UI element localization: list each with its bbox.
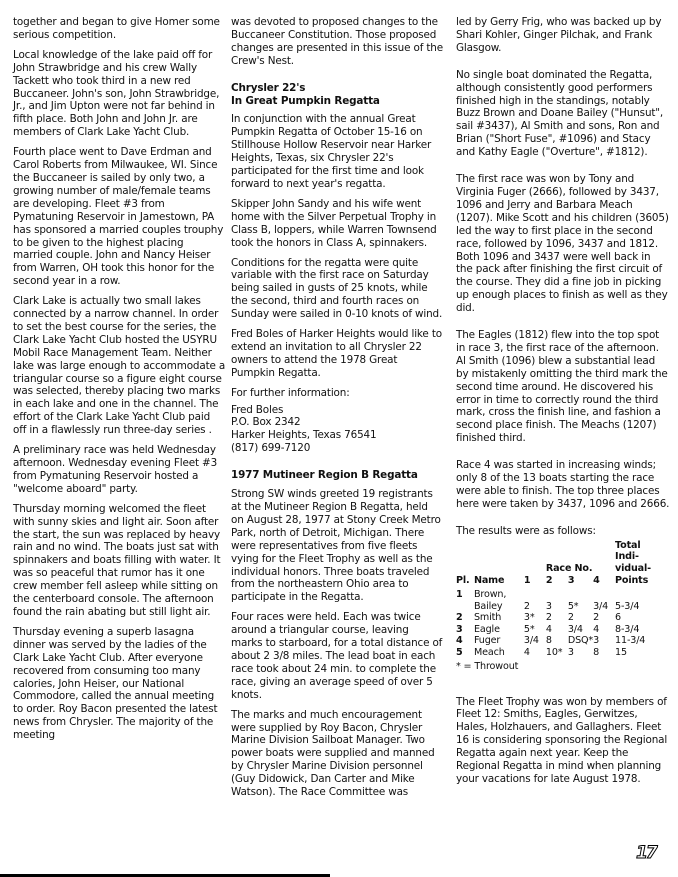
- header-race-2: 2: [546, 575, 568, 587]
- cell-points: 8-3/4: [615, 624, 670, 636]
- cell-race-3: 3/4: [568, 624, 593, 636]
- cell-name: Smith: [474, 612, 524, 624]
- paragraph: Clark Lake is actually two small lakes c…: [13, 295, 226, 437]
- paragraph: Race 4 was started in increasing winds; …: [456, 459, 670, 511]
- cell-points: 6: [615, 612, 670, 624]
- paragraph: Local knowledge of the lake paid off for…: [13, 49, 226, 139]
- contact-name: Fred Boles: [231, 404, 443, 417]
- paragraph: together and began to give Homer some se…: [13, 16, 226, 42]
- contact-address: Fred Boles P.O. Box 2342 Harker Heights,…: [231, 404, 443, 456]
- header-race-4: 4: [593, 575, 615, 587]
- paragraph: The Fleet Trophy was won by members of F…: [456, 696, 670, 786]
- cell-race-3: 5*: [568, 601, 593, 613]
- cell-race-2: 8: [546, 635, 568, 647]
- cell-race-4: 8: [593, 647, 615, 659]
- cell-place: 1: [456, 589, 474, 601]
- page-number: 17: [636, 843, 656, 863]
- paragraph: Strong SW winds greeted 19 registrants a…: [231, 488, 443, 604]
- table-row: 5 Meach 4 10* 3 8 15: [456, 647, 670, 659]
- cell-name: Eagle: [474, 624, 524, 636]
- table-row: Bailey 2 3 5* 3/4 5-3/4: [456, 601, 670, 613]
- article-heading: 1977 Mutineer Region B Regatta: [231, 469, 443, 482]
- cell-race-4: 2: [593, 612, 615, 624]
- cell-race-1: 5*: [524, 624, 546, 636]
- cell-race-1: 2: [524, 601, 546, 613]
- column-right: led by Gerry Frig, who was backed up by …: [456, 16, 670, 793]
- article-mutineer-regatta: 1977 Mutineer Region B Regatta Strong SW…: [231, 469, 443, 799]
- heading-line: In Great Pumpkin Regatta: [231, 95, 443, 108]
- header-race-number: Race No.: [546, 563, 593, 575]
- table-row: 3 Eagle 5* 4 3/4 4 8-3/4: [456, 624, 670, 636]
- cell-race-3: 3: [568, 647, 593, 659]
- paragraph: A preliminary race was held Wednesday af…: [13, 444, 226, 496]
- header-place: Pl.: [456, 575, 474, 587]
- cell-race-1: 3*: [524, 612, 546, 624]
- cell-points: 5-3/4: [615, 601, 670, 613]
- cell-race-3: 2: [568, 612, 593, 624]
- header-race-3: 3: [568, 575, 593, 587]
- paragraph: For further information:: [231, 387, 443, 400]
- cell-race-3: DSQ*: [568, 635, 593, 647]
- cell-place: 3: [456, 624, 474, 636]
- cell-place: 2: [456, 612, 474, 624]
- table-header-row: Pl. Name 1 2 3 4 Points: [456, 575, 670, 587]
- table-header-row: Indi-: [456, 551, 670, 563]
- cell-race-4: 4: [593, 624, 615, 636]
- cell-place: 4: [456, 635, 474, 647]
- cell-name: Fuger: [474, 635, 524, 647]
- paragraph: Fourth place went to Dave Erdman and Car…: [13, 146, 226, 288]
- paragraph: Four races were held. Each was twice aro…: [231, 611, 443, 701]
- table-row: 1 Brown,: [456, 589, 670, 601]
- contact-city: Harker Heights, Texas 76541: [231, 429, 443, 442]
- paragraph: Thursday evening a superb lasagna dinner…: [13, 626, 226, 742]
- cell-name: Brown,: [474, 589, 524, 601]
- cell-race-2: 4: [546, 624, 568, 636]
- article-chrysler-22: Chrysler 22's In Great Pumpkin Regatta I…: [231, 82, 443, 456]
- paragraph: The marks and much encouragement were su…: [231, 709, 443, 799]
- cell-race-4: 3: [593, 635, 615, 647]
- cell-name: Meach: [474, 647, 524, 659]
- header-total: Total: [615, 540, 670, 552]
- paragraph: Thursday morning welcomed the fleet with…: [13, 503, 226, 619]
- results-table: Total Indi- Race No. vidual- Pl. Name 1 …: [456, 540, 670, 659]
- cell-name: Bailey: [474, 601, 524, 613]
- header-total: Indi-: [615, 551, 670, 563]
- cell-race-2: 2: [546, 612, 568, 624]
- contact-po-box: P.O. Box 2342: [231, 416, 443, 429]
- cell-race-2: 3: [546, 601, 568, 613]
- heading-line: Chrysler 22's: [231, 82, 443, 95]
- paragraph: was devoted to proposed changes to the B…: [231, 16, 443, 68]
- column-left: together and began to give Homer some se…: [13, 16, 226, 749]
- paragraph: led by Gerry Frig, who was backed up by …: [456, 16, 670, 55]
- table-header-row: Race No. vidual-: [456, 563, 670, 575]
- cell-race-1: 3/4: [524, 635, 546, 647]
- paragraph: No single boat dominated the Regatta, al…: [456, 69, 670, 159]
- cell-race-1: 4: [524, 647, 546, 659]
- cell-race-4: 3/4: [593, 601, 615, 613]
- paragraph: Skipper John Sandy and his wife went hom…: [231, 198, 443, 250]
- cell-points: 11-3/4: [615, 635, 670, 647]
- table-row: 2 Smith 3* 2 2 2 6: [456, 612, 670, 624]
- paragraph: The Eagles (1812) flew into the top spot…: [456, 329, 670, 445]
- header-total: vidual-: [615, 563, 670, 575]
- header-race-1: 1: [524, 575, 546, 587]
- header-name: Name: [474, 575, 524, 587]
- paragraph: Fred Boles of Harker Heights would like …: [231, 328, 443, 380]
- column-middle: was devoted to proposed changes to the B…: [231, 16, 443, 806]
- table-header-row: Total: [456, 540, 670, 552]
- cell-race-2: 10*: [546, 647, 568, 659]
- table-row: 4 Fuger 3/4 8 DSQ* 3 11-3/4: [456, 635, 670, 647]
- paragraph: Conditions for the regatta were quite va…: [231, 257, 443, 322]
- paragraph: The first race was won by Tony and Virgi…: [456, 173, 670, 315]
- article-heading: Chrysler 22's In Great Pumpkin Regatta: [231, 82, 443, 108]
- table-footnote: * = Throwout: [456, 661, 670, 674]
- paragraph: In conjunction with the annual Great Pum…: [231, 113, 443, 190]
- cell-place: 5: [456, 647, 474, 659]
- contact-phone: (817) 699-7120: [231, 442, 443, 455]
- paragraph: The results were as follows:: [456, 525, 670, 538]
- cell-points: 15: [615, 647, 670, 659]
- header-points: Points: [615, 575, 670, 587]
